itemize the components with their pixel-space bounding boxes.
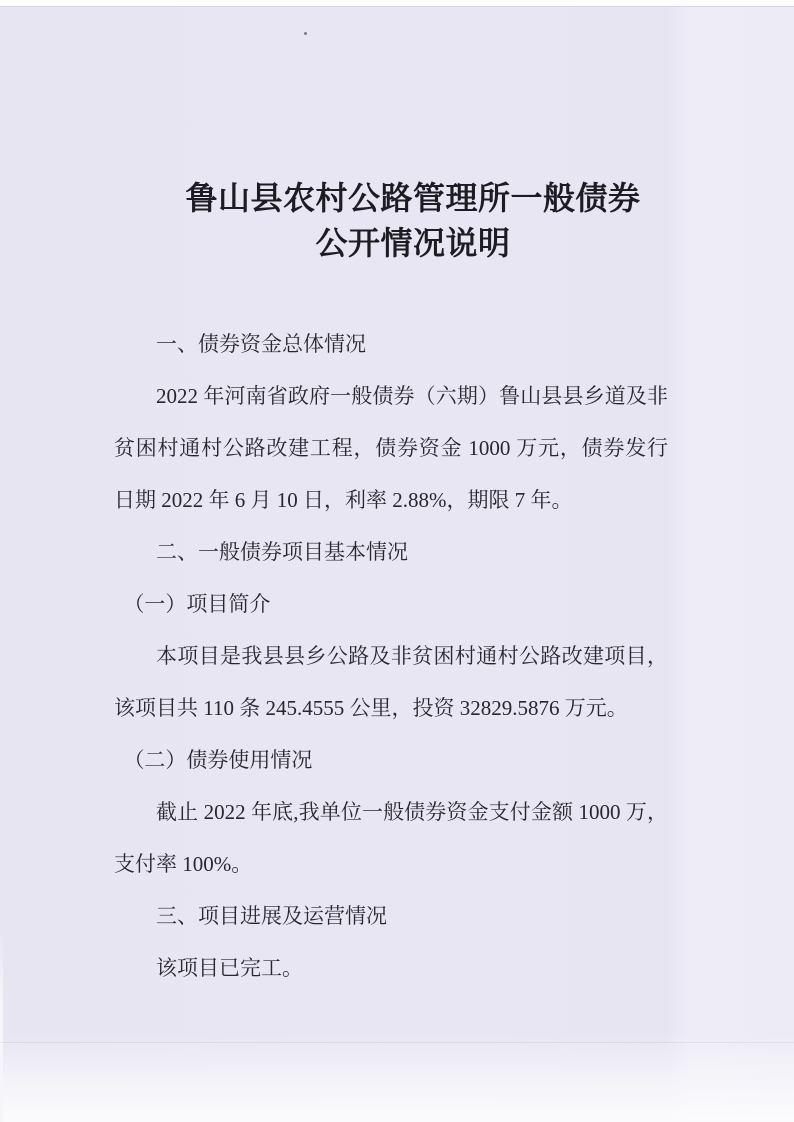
scan-artifact-line [0, 1042, 794, 1043]
subheading-bond-usage: （二）债券使用情况 [114, 734, 668, 786]
section-heading-bond-funds-overview: 一、债券资金总体情况 [114, 318, 668, 370]
page-left-edge [0, 930, 3, 1122]
paragraph-bond-funds-overview: 2022 年河南省政府一般债券（六期）鲁山县县乡道及非贫困村通村公路改建工程，债… [114, 370, 668, 526]
document-title-line1: 鲁山县农村公路管理所一般债券 [136, 176, 690, 221]
section-heading-project-basics: 二、一般债券项目基本情况 [114, 526, 668, 578]
document-title: 鲁山县农村公路管理所一般债券 公开情况说明 [136, 176, 690, 266]
paragraph-project-intro: 本项目是我县县乡公路及非贫困村通村公路改建项目，该项目共 110 条 245.4… [114, 630, 668, 734]
document-body: 一、债券资金总体情况 2022 年河南省政府一般债券（六期）鲁山县县乡道及非贫困… [114, 318, 668, 994]
section-heading-project-progress: 三、项目进展及运营情况 [114, 890, 668, 942]
paragraph-bond-usage: 截止 2022 年底,我单位一般债券资金支付金额 1000 万，支付率 100%… [114, 786, 668, 890]
paragraph-project-progress: 该项目已完工。 [114, 942, 668, 994]
document-page: 鲁山县农村公路管理所一般债券 公开情况说明 一、债券资金总体情况 2022 年河… [0, 0, 794, 1122]
scan-speck [304, 32, 307, 35]
page-top-edge [0, 0, 794, 7]
subheading-project-intro: （一）项目简介 [114, 578, 668, 630]
document-title-line2: 公开情况说明 [136, 221, 690, 266]
